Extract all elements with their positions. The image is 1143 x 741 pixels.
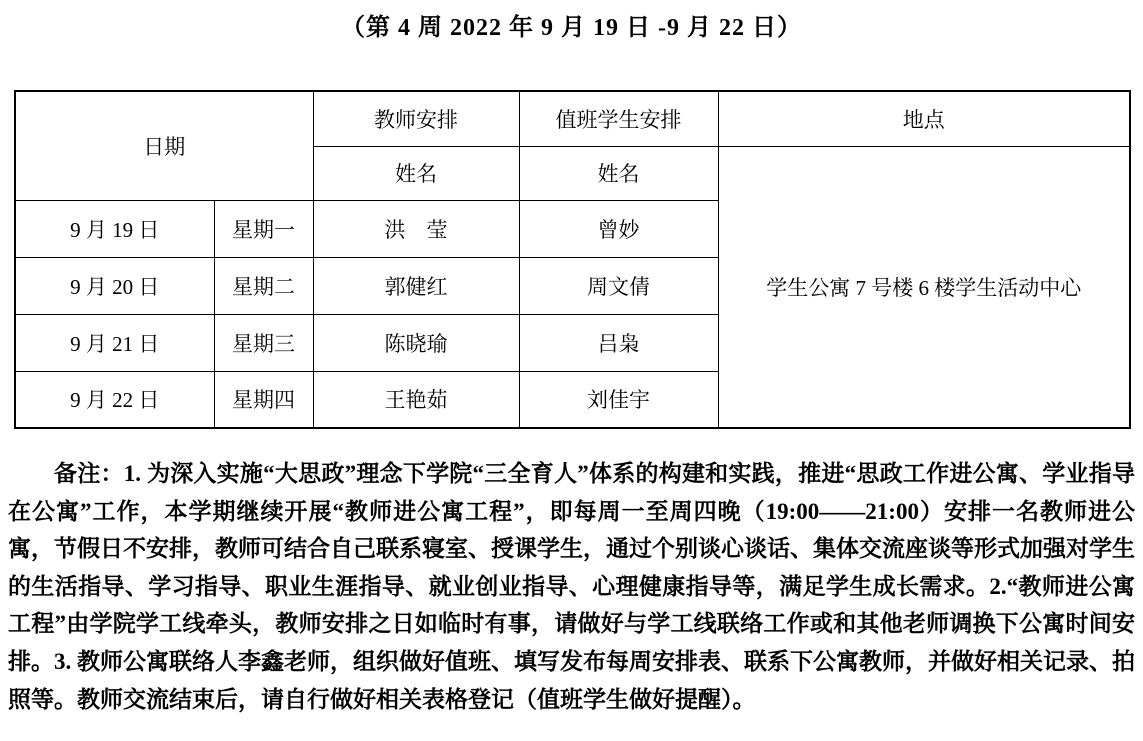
- weekday-cell: 星期四: [214, 371, 313, 428]
- teacher-name-cell: 郭健红: [313, 257, 519, 314]
- weekday-cell: 星期三: [214, 314, 313, 371]
- teacher-name-cell: 洪 莹: [313, 200, 519, 257]
- teacher-name-cell: 王艳茹: [313, 371, 519, 428]
- document-title: （第 4 周 2022 年 9 月 19 日 -9 月 22 日）: [0, 7, 1143, 42]
- header-teacher-arrangement: 教师安排: [313, 91, 519, 146]
- header-teacher-name: 姓名: [313, 146, 519, 200]
- date-cell: 9 月 22 日: [15, 371, 214, 428]
- notes-paragraph: 备注：1. 为深入实施“大思政”理念下学院“三全育人”体系的构建和实践，推进“思…: [8, 455, 1135, 718]
- student-name-cell: 周文倩: [519, 257, 718, 314]
- header-row-1: 日期 教师安排 值班学生安排 地点: [15, 91, 1130, 146]
- weekday-cell: 星期一: [214, 200, 313, 257]
- student-name-cell: 刘佳宇: [519, 371, 718, 428]
- weekday-cell: 星期二: [214, 257, 313, 314]
- header-location: 地点: [718, 91, 1130, 146]
- date-cell: 9 月 19 日: [15, 200, 214, 257]
- date-cell: 9 月 20 日: [15, 257, 214, 314]
- header-date: 日期: [15, 91, 313, 200]
- header-student-arrangement: 值班学生安排: [519, 91, 718, 146]
- location-value-cell: 学生公寓 7 号楼 6 楼学生活动中心: [718, 146, 1130, 428]
- student-name-cell: 曾妙: [519, 200, 718, 257]
- student-name-cell: 吕枭: [519, 314, 718, 371]
- date-cell: 9 月 21 日: [15, 314, 214, 371]
- schedule-table: 日期 教师安排 值班学生安排 地点 姓名 姓名 学生公寓 7 号楼 6 楼学生活…: [14, 90, 1131, 429]
- teacher-name-cell: 陈晓瑜: [313, 314, 519, 371]
- header-student-name: 姓名: [519, 146, 718, 200]
- document-page: （第 4 周 2022 年 9 月 19 日 -9 月 22 日） 日期 教师安…: [0, 0, 1143, 741]
